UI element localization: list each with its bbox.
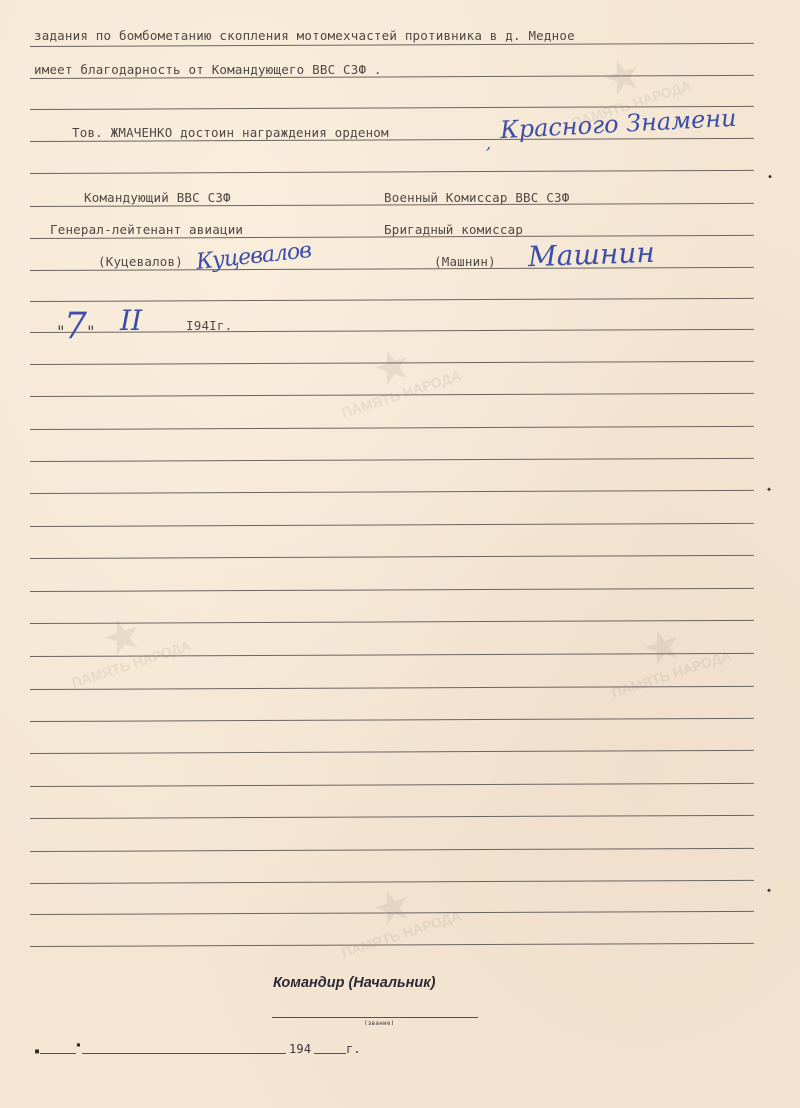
ink-speck: • xyxy=(767,172,773,183)
award-quote-mark: , xyxy=(486,134,491,153)
footer-year-line xyxy=(314,1053,346,1054)
ruled-line xyxy=(30,815,754,819)
date-day: 7 xyxy=(64,306,87,347)
text-line-2: имеет благодарность от Командующего ВВС … xyxy=(34,62,382,77)
footer-quote: ▪ xyxy=(76,1040,81,1049)
watermark-stamp: ★ПАМЯТЬ НАРОДА xyxy=(319,852,470,978)
text-line-1: задания по бомбометанию скопления мотоме… xyxy=(34,28,575,43)
ruled-line xyxy=(30,426,754,430)
ruled-line xyxy=(30,170,754,174)
footer-day-line xyxy=(40,1053,76,1054)
footer-year-suffix: г. xyxy=(346,1042,361,1056)
date-year: I94Iг. xyxy=(186,318,232,333)
left-signatory-rank: Генерал-лейтенант авиации xyxy=(50,222,243,237)
footer-month-line xyxy=(82,1053,286,1054)
ruled-line xyxy=(30,298,754,302)
watermark-stamp: ★ПАМЯТЬ НАРОДА xyxy=(589,592,740,718)
ruled-line xyxy=(30,523,754,527)
left-signatory-name: (Куцевалов) xyxy=(98,254,183,269)
ruled-line xyxy=(30,458,754,462)
ruled-line xyxy=(30,555,754,559)
footer-dot: ▪ xyxy=(34,1046,40,1057)
rank-line xyxy=(272,1017,478,1018)
right-signatory-title: Военный Комиссар ВВС СЗФ xyxy=(384,190,569,205)
left-signatory-title: Командующий ВВС СЗФ xyxy=(84,190,231,205)
ruled-line xyxy=(30,588,754,592)
ruled-line xyxy=(30,718,754,722)
ruled-line xyxy=(30,783,754,787)
date-close-quote: " xyxy=(86,322,96,341)
ink-speck: ✦ xyxy=(766,484,772,495)
ruled-line xyxy=(30,848,754,852)
commander-label: Командир (Начальник) xyxy=(273,975,435,991)
right-signature: Машнин xyxy=(527,236,655,273)
rank-caption: (звание) xyxy=(364,1020,395,1027)
right-signatory-name: (Машнин) xyxy=(434,254,496,269)
footer-year-prefix: 194 xyxy=(289,1042,311,1056)
date-month: II xyxy=(120,304,142,337)
ruled-line xyxy=(30,750,754,754)
ink-speck: ✦ xyxy=(766,885,772,896)
award-statement: Тов. ЖМАЧЕНКО достоин награждения ордено… xyxy=(72,125,389,140)
right-signatory-rank: Бригадный комиссар xyxy=(384,222,523,237)
ruled-line xyxy=(30,490,754,494)
